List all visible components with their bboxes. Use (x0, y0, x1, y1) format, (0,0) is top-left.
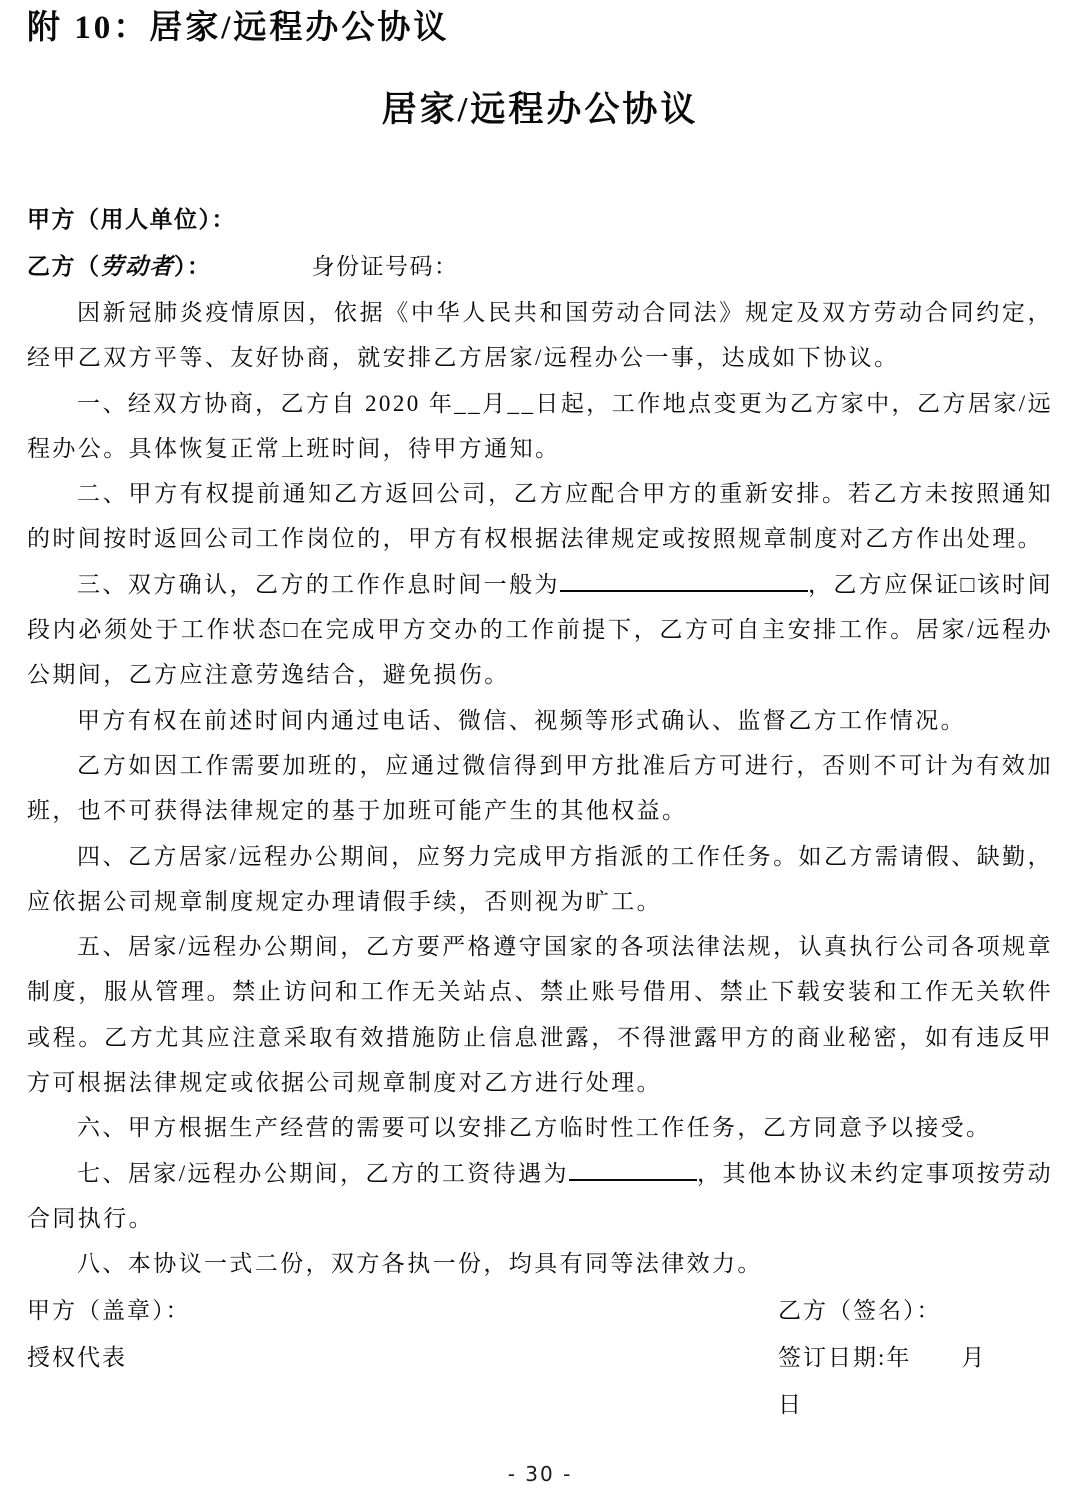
page-number: - 30 - (0, 1462, 1080, 1486)
checkbox-working-status[interactable]: □ (960, 572, 976, 597)
clause-7-text-before-blank: 七、居家/远程办公期间，乙方的工资待遇为 (77, 1161, 569, 1186)
paragraph-clause-3: 三、双方确认，乙方的工作作息时间一般为，乙方应保证□该时间段内必须处于工作状态□… (27, 562, 1053, 698)
salary-blank[interactable] (569, 1174, 697, 1181)
paragraph-overtime: 乙方如因工作需要加班的，应通过微信得到甲方批准后方可进行，否则不可计为有效加班，… (27, 743, 1053, 834)
party-b-label-inner: 劳动者 (101, 254, 175, 279)
work-schedule-blank[interactable] (560, 585, 808, 592)
party-b-label-prefix: 乙方（ (27, 254, 101, 279)
paragraph-clause-7: 七、居家/远程办公期间，乙方的工资待遇为，其他本协议未约定事项按劳动合同执行。 (27, 1151, 1053, 1242)
party-a-label: 甲方（用人单位）： (27, 207, 236, 232)
signature-row-2: 授权代表 签订日期:年 月 日 (27, 1334, 1053, 1381)
party-a-line: 甲方（用人单位）： (27, 196, 1053, 243)
paragraph-clause-2: 二、甲方有权提前通知乙方返回公司，乙方应配合甲方的重新安排。若乙方未按照通知的时… (27, 471, 1053, 562)
authorized-rep-label: 授权代表 (27, 1345, 127, 1370)
id-number-label: 身份证号码： (312, 254, 459, 279)
party-b-label-suffix: ）： (174, 254, 212, 279)
paragraph-clause-5: 五、居家/远程办公期间，乙方要严格遵守国家的各项法律法规，认真执行公司各项规章制… (27, 924, 1053, 1105)
paragraph-supervision: 甲方有权在前述时间内通过电话、微信、视频等形式确认、监督乙方工作情况。 (27, 698, 1053, 743)
paragraph-clause-6: 六、甲方根据生产经营的需要可以安排乙方临时性工作任务，乙方同意予以接受。 (27, 1105, 1053, 1150)
party-b-line: 乙方（劳动者）：身份证号码： (27, 243, 1053, 290)
document-title: 居家/远程办公协议 (27, 86, 1053, 134)
paragraph-clause-4: 四、乙方居家/远程办公期间，应努力完成甲方指派的工作任务。如乙方需请假、缺勤，应… (27, 834, 1053, 925)
signature-row-1: 甲方（盖章）： 乙方（签名）： (27, 1287, 1053, 1334)
paragraph-clause-8: 八、本协议一式二份，双方各执一份，均具有同等法律效力。 (27, 1241, 1053, 1286)
party-a-seal-label: 甲方（盖章）： (27, 1298, 191, 1323)
paragraph-clause-1: 一、经双方协商，乙方自 2020 年__月__日起，工作地点变更为乙方家中，乙方… (27, 381, 1053, 472)
paragraph-intro: 因新冠肺炎疫情原因，依据《中华人民共和国劳动合同法》规定及双方劳动合同约定，经甲… (27, 290, 1053, 381)
appendix-heading: 附 10：居家/远程办公协议 (27, 6, 1053, 50)
sign-date-label: 签订日期:年 月 日 (778, 1334, 1053, 1428)
clause-3-text-before-blank: 三、双方确认，乙方的工作作息时间一般为 (77, 572, 560, 597)
checkbox-self-arrange[interactable]: □ (284, 617, 301, 642)
party-b-sign-label: 乙方（签名）： (778, 1287, 942, 1334)
document-page: 附 10：居家/远程办公协议 居家/远程办公协议 甲方（用人单位）： 乙方（劳动… (0, 0, 1080, 1503)
clause-3-text-after-blank: ，乙方应保证 (808, 572, 961, 597)
